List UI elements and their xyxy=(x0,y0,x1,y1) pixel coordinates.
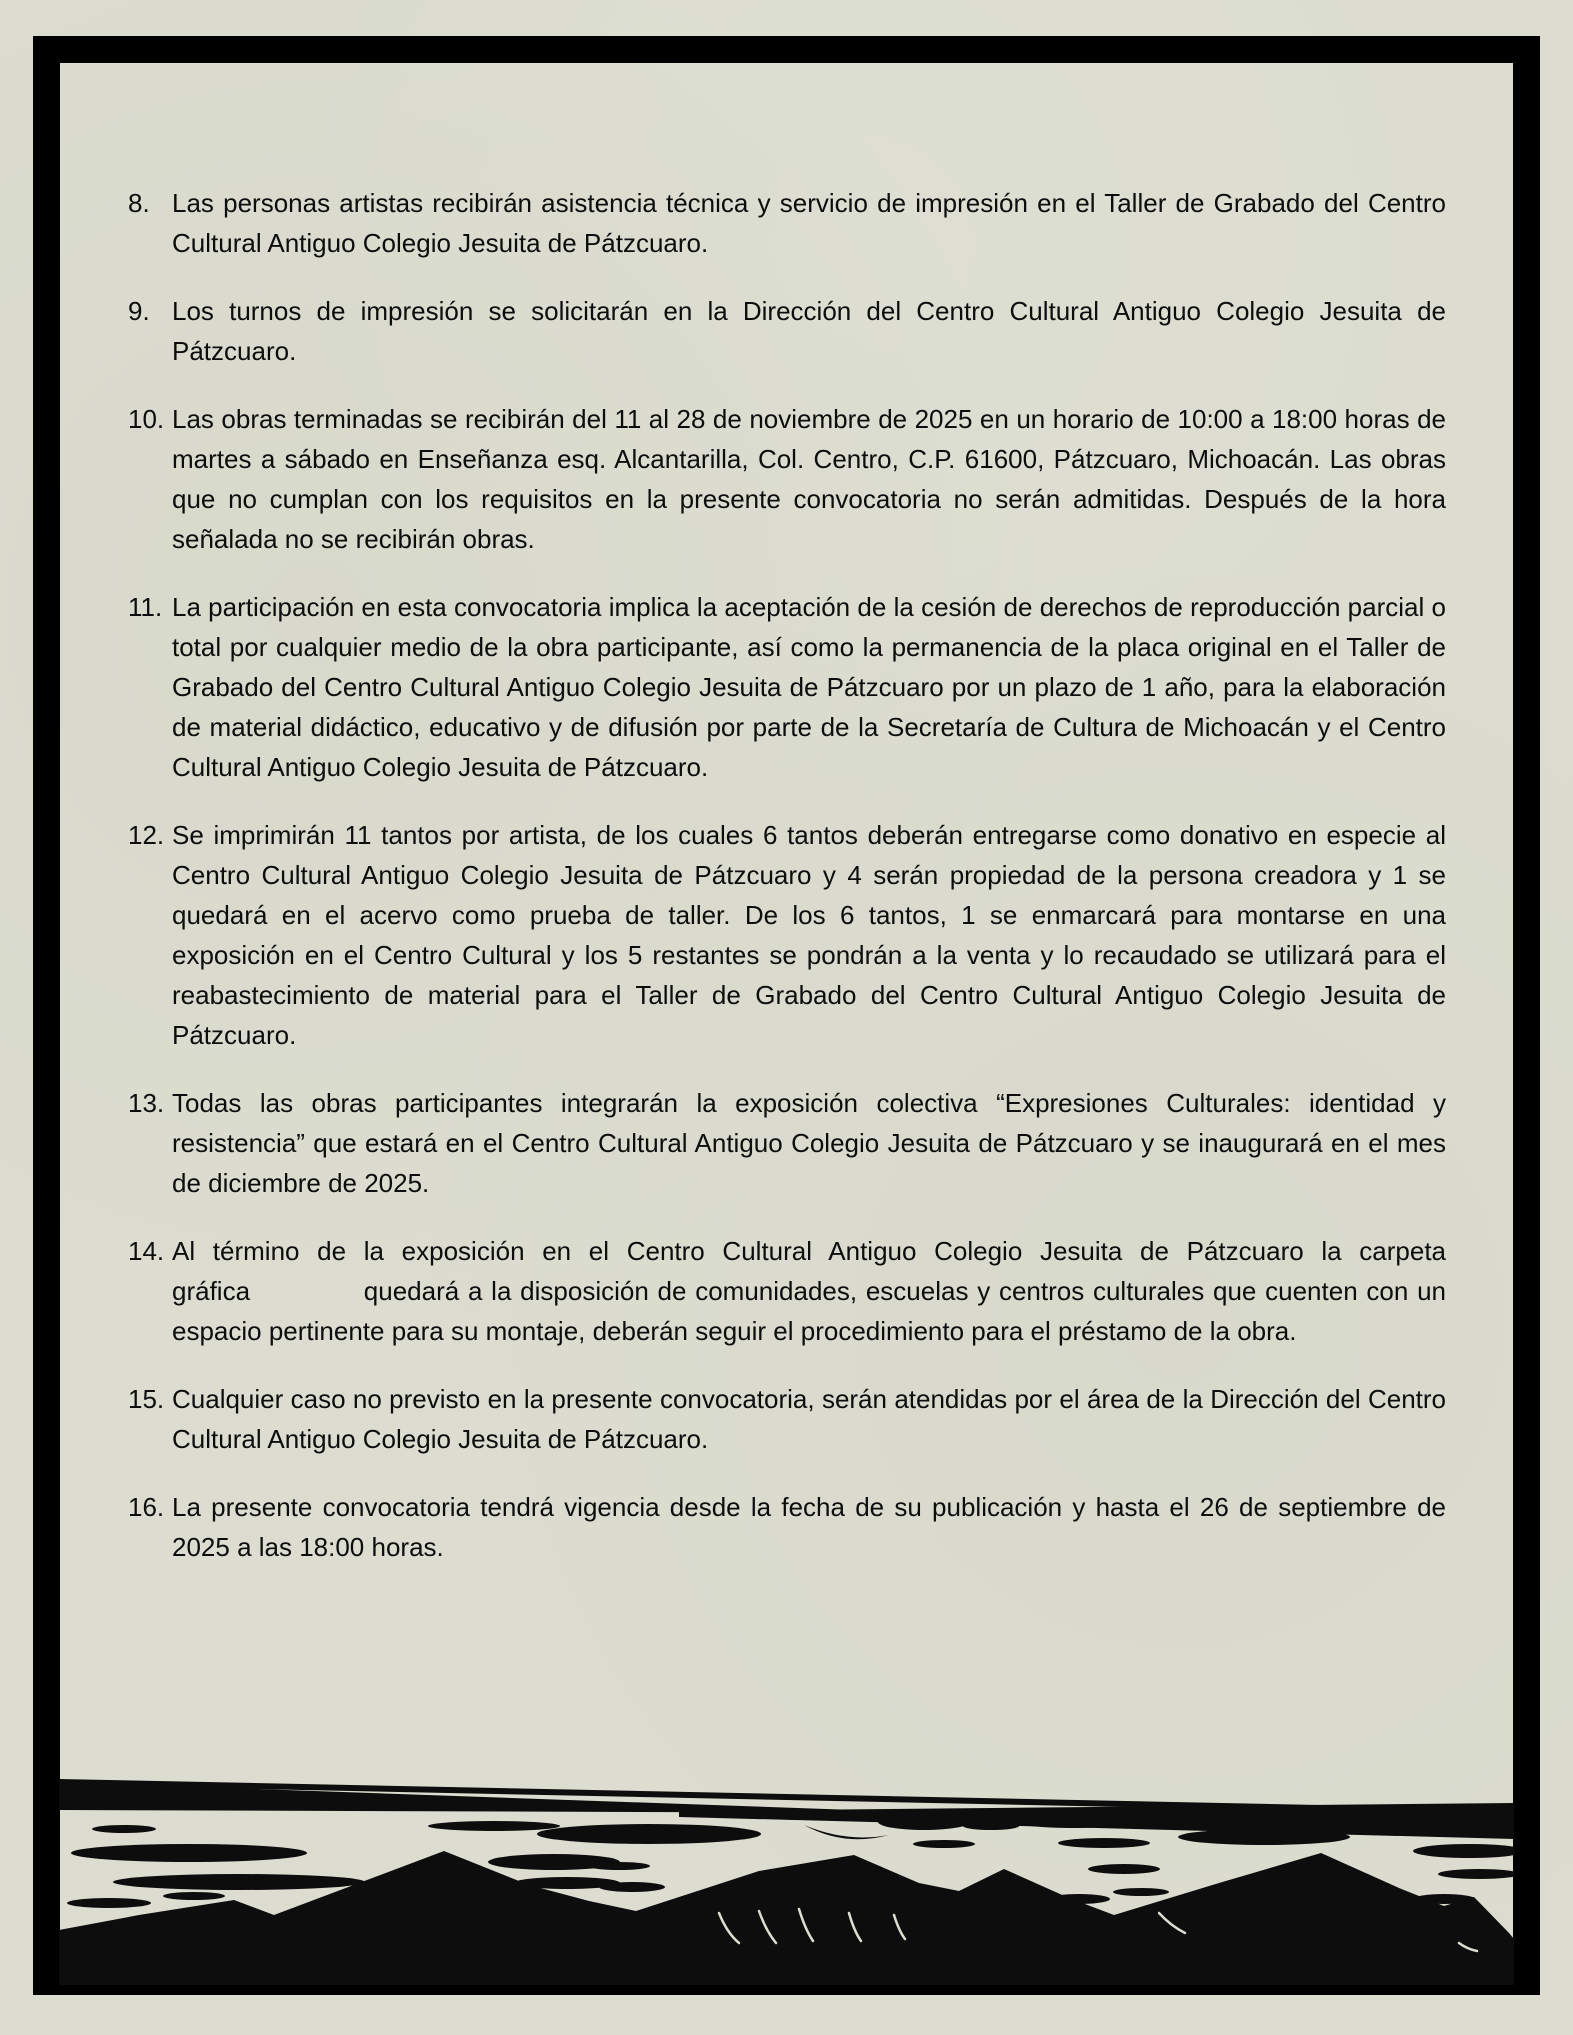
item-text: Las obras terminadas se recibirán del 11… xyxy=(172,399,1446,559)
item-number: 10. xyxy=(128,399,164,439)
numbered-list: 8. Las personas artistas recibirán asist… xyxy=(128,183,1446,1595)
page: 8. Las personas artistas recibirán asist… xyxy=(0,0,1573,2035)
item-text: Todas las obras participantes integrarán… xyxy=(172,1083,1446,1203)
item-number: 14. xyxy=(128,1231,164,1271)
item-number: 12. xyxy=(128,815,164,855)
item-number: 16. xyxy=(128,1487,164,1527)
item-text: Las personas artistas recibirán asistenc… xyxy=(172,183,1446,263)
item-number: 15. xyxy=(128,1379,164,1419)
list-item: 13. Todas las obras participantes integr… xyxy=(128,1083,1446,1203)
item-text: La presente convocatoria tendrá vigencia… xyxy=(172,1487,1446,1567)
item-text: La participación en esta convocatoria im… xyxy=(172,587,1446,787)
item-text: Al término de la exposición en el Centro… xyxy=(172,1231,1446,1351)
item-number: 8. xyxy=(128,183,150,223)
mountains-silhouette xyxy=(59,1851,1514,1985)
item-number: 13. xyxy=(128,1083,164,1123)
item-number: 9. xyxy=(128,291,150,331)
list-item: 15. Cualquier caso no previsto en la pre… xyxy=(128,1379,1446,1459)
list-item: 12. Se imprimirán 11 tantos por artista,… xyxy=(128,815,1446,1055)
list-item: 11. La participación en esta convocatori… xyxy=(128,587,1446,787)
list-item: 9. Los turnos de impresión se solicitará… xyxy=(128,291,1446,371)
lake-mountains-woodcut-illustration xyxy=(59,1763,1514,1985)
list-item: 16. La presente convocatoria tendrá vige… xyxy=(128,1487,1446,1567)
item-text: Se imprimirán 11 tantos por artista, de … xyxy=(172,815,1446,1055)
list-item: 10. Las obras terminadas se recibirán de… xyxy=(128,399,1446,559)
list-item: 14. Al término de la exposición en el Ce… xyxy=(128,1231,1446,1351)
item-number: 11. xyxy=(128,587,162,627)
item-text: Los turnos de impresión se solicitarán e… xyxy=(172,291,1446,371)
list-item: 8. Las personas artistas recibirán asist… xyxy=(128,183,1446,263)
item-text: Cualquier caso no previsto en la present… xyxy=(172,1379,1446,1459)
